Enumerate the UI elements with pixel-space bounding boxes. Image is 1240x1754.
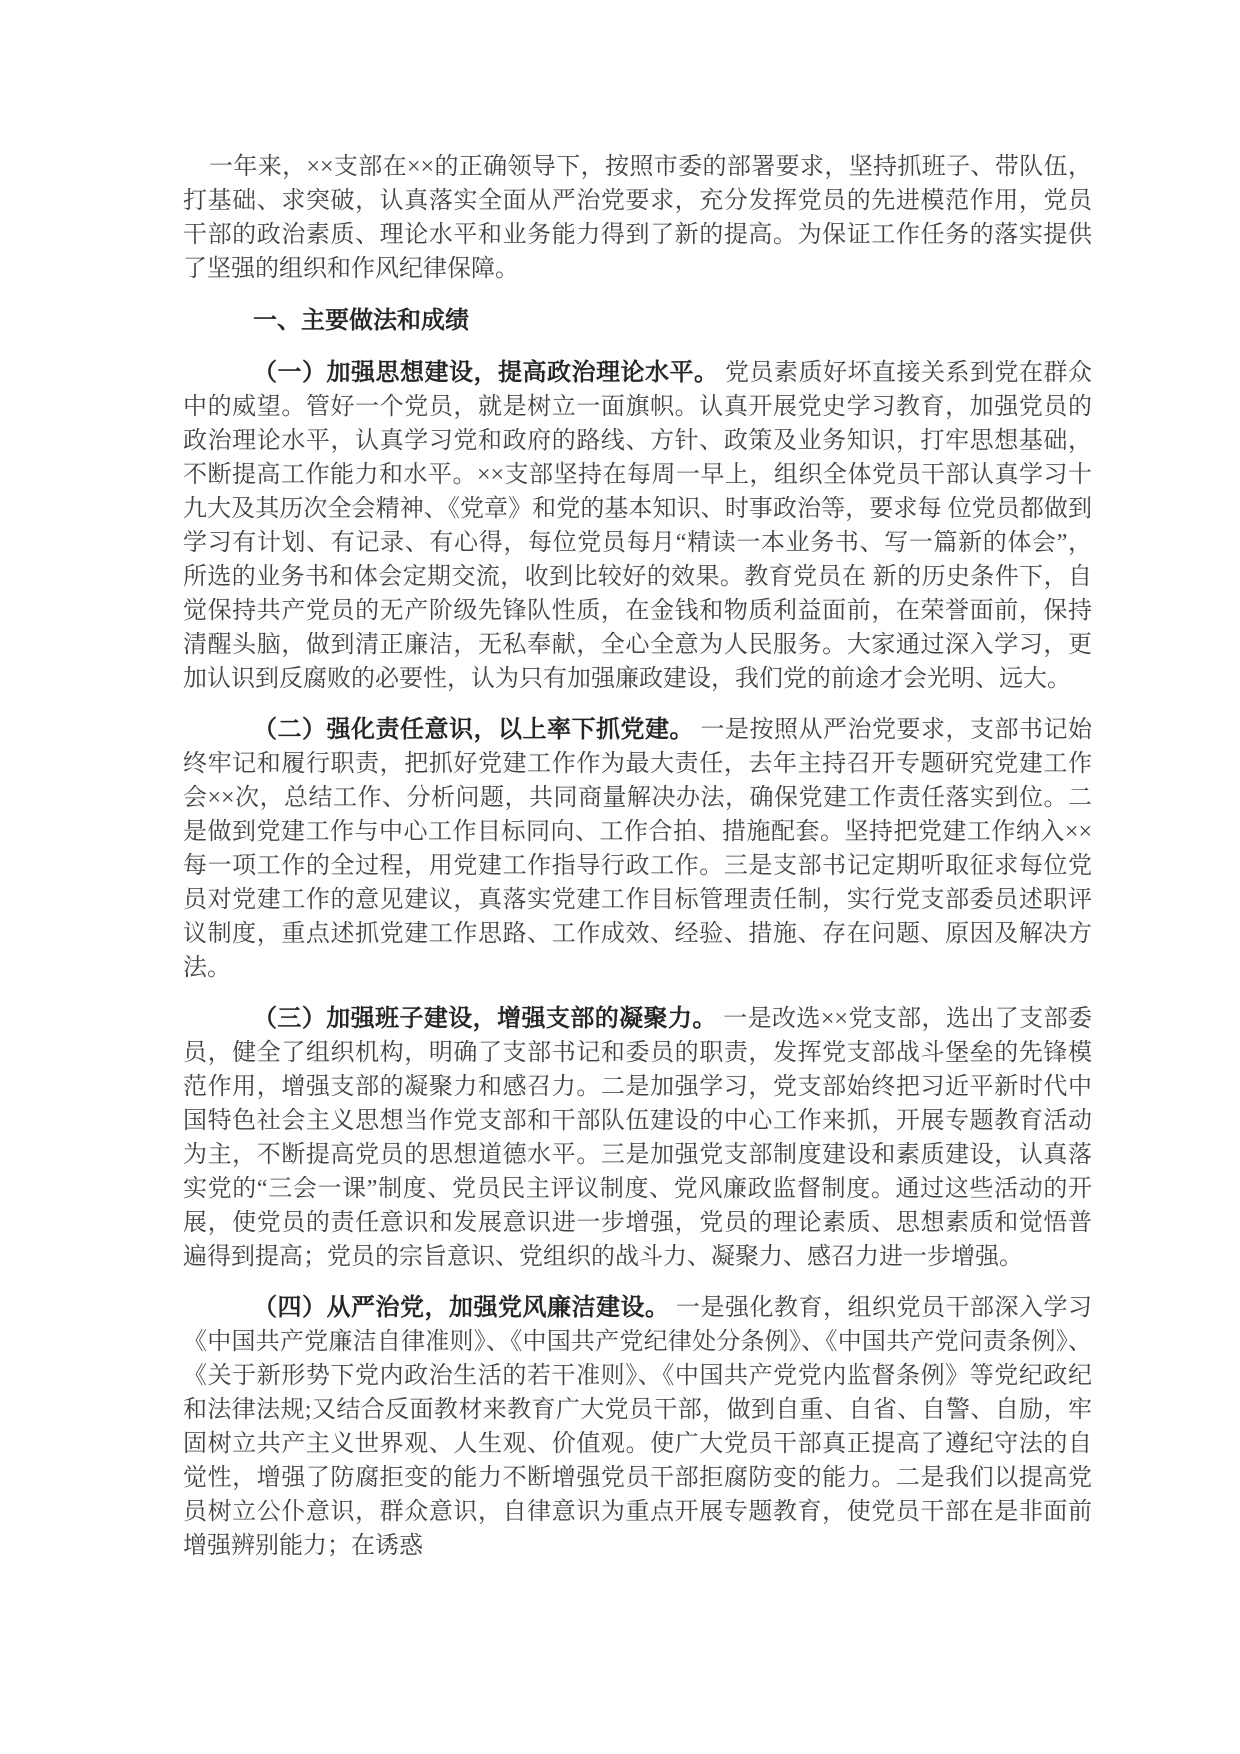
document-body: 一年来，××支部在××的正确领导下，按照市委的部署要求，坚持抓班子、带队伍，打基… xyxy=(183,150,1092,1563)
subsection-4-text: 一是强化教育，组织党员干部深入学习《中国共产党廉洁自律准则》、《中国共产党纪律处… xyxy=(183,1295,1092,1559)
subsection-4-paragraph: （四）从严治党，加强党风廉洁建设。 一是强化教育，组织党员干部深入学习《中国共产… xyxy=(183,1291,1092,1563)
section-heading-text: 一、主要做法和成绩 xyxy=(253,307,469,334)
subsection-4-title: （四）从严治党，加强党风廉洁建设。 xyxy=(253,1294,670,1321)
subsection-3-title: （三）加强班子建设，增强支部的凝聚力。 xyxy=(253,1005,717,1032)
subsection-2-text: 一是按照从严治党要求，支部书记始终牢记和履行职责，把抓好党建工作作为最大责任，去… xyxy=(183,717,1092,981)
subsection-1-title: （一）加强思想建设，提高政治理论水平。 xyxy=(253,359,719,386)
subsection-1-paragraph: （一）加强思想建设，提高政治理论水平。 党员素质好坏直接关系到党在群众中的威望。… xyxy=(183,356,1092,696)
intro-text: 一年来，××支部在××的正确领导下，按照市委的部署要求，坚持抓班子、带队伍，打基… xyxy=(183,154,1092,282)
section-heading: 一、主要做法和成绩 xyxy=(183,304,1092,338)
subsection-1-text: 党员素质好坏直接关系到党在群众中的威望。管好一个党员，就是树立一面旗帜。认真开展… xyxy=(183,360,1092,692)
subsection-2-paragraph: （二）强化责任意识，以上率下抓党建。 一是按照从严治党要求，支部书记始终牢记和履… xyxy=(183,713,1092,985)
document-page: 一年来，××支部在××的正确领导下，按照市委的部署要求，坚持抓班子、带队伍，打基… xyxy=(0,0,1240,1754)
subsection-3-paragraph: （三）加强班子建设，增强支部的凝聚力。 一是改选××党支部，选出了支部委员，健全… xyxy=(183,1002,1092,1274)
subsection-2-title: （二）强化责任意识，以上率下抓党建。 xyxy=(253,716,694,743)
intro-paragraph: 一年来，××支部在××的正确领导下，按照市委的部署要求，坚持抓班子、带队伍，打基… xyxy=(183,150,1092,286)
subsection-3-text: 一是改选××党支部，选出了支部委员，健全了组织机构，明确了支部书记和委员的职责，… xyxy=(183,1006,1092,1270)
